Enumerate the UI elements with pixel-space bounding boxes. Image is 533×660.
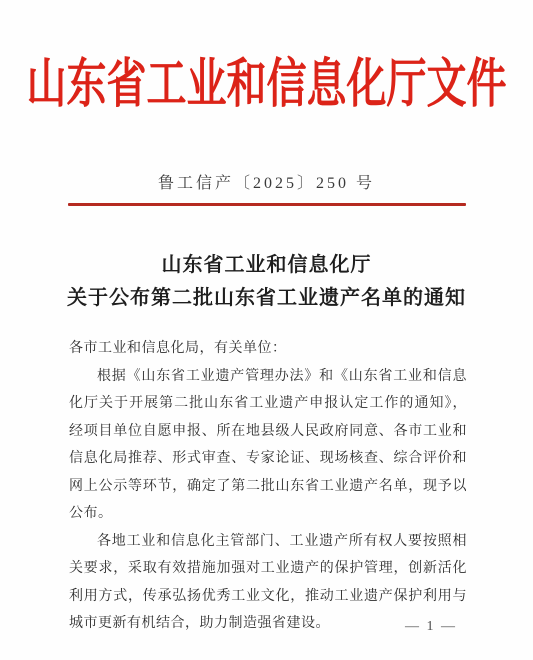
red-divider-line [68,203,466,206]
notice-title-line2: 关于公布第二批山东省工业遗产名单的通知 [0,282,533,315]
salutation-line: 各市工业和信息化局，有关单位： [69,335,467,363]
body-paragraph-1: 根据《山东省工业遗产管理办法》和《山东省工业和信息化厅关于开展第二批山东省工业遗… [69,363,467,528]
notice-title-line1: 山东省工业和信息化厅 [0,249,533,282]
notice-body: 各市工业和信息化局，有关单位： 根据《山东省工业遗产管理办法》和《山东省工业和信… [69,335,467,638]
red-header-banner: 山东省工业和信息化厅文件 [0,58,533,111]
document-number: 鲁工信产〔2025〕250 号 [0,170,533,193]
official-document-page: 山东省工业和信息化厅文件 鲁工信产〔2025〕250 号 山东省工业和信息化厅 … [0,0,533,660]
page-number: — 1 — [405,619,457,635]
notice-title: 山东省工业和信息化厅 关于公布第二批山东省工业遗产名单的通知 [0,249,533,315]
